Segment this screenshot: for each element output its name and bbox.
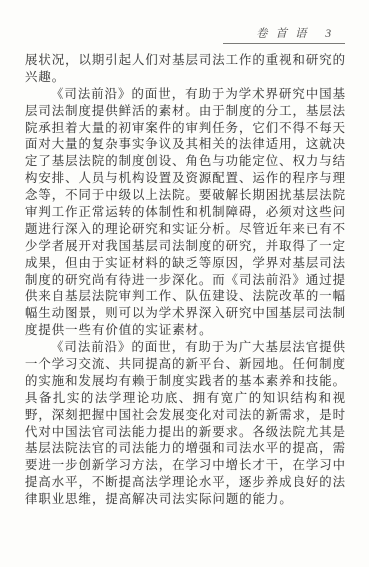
- text-line: 代对中国法官司法能力提出的新要求。各级法院尤其是: [25, 424, 345, 441]
- text-line: 度提供一些有价值的实证素材。: [25, 322, 345, 339]
- text-line: 提高水平，不断提高法学理论水平，逐步养成良好的法: [25, 474, 345, 491]
- text-line: 《司法前沿》的面世，有助于为学术界研究中国基: [25, 86, 345, 103]
- text-line: 少学者展开对我国基层司法制度的研究，并取得了一定: [25, 238, 345, 255]
- text-line: 要进一步创新学习方法，在学习中增长才干，在学习中: [25, 457, 345, 474]
- page-number: 3: [325, 28, 331, 40]
- text-line: 野，深刻把握中国社会发展变化对司法的新需求，是时: [25, 407, 345, 424]
- header-rule: [223, 43, 345, 44]
- text-line: 制度的研究尚有待进一步深化。而《司法前沿》通过提: [25, 272, 345, 289]
- text-line: 成果，但由于实证材料的缺乏等原因，学界对基层司法: [25, 255, 345, 272]
- text-line: 基层法院法官的司法能力的增强和司法水平的提高，需: [25, 440, 345, 457]
- text-line: 具备扎实的法学理论功底、拥有宽广的知识结构和视: [25, 390, 345, 407]
- text-line: 的实施和发展均有赖于制度实践者的基本素养和技能。: [25, 373, 345, 390]
- text-line: 层司法制度提供鲜活的素材。由于制度的分工，基层法: [25, 103, 345, 120]
- text-line: 兴趣。: [25, 69, 345, 86]
- text-line: 念等，不同于中级以上法院。要破解长期困扰基层法院: [25, 187, 345, 204]
- text-line: 供来自基层法院审判工作、队伍建设、法院改革的一幅: [25, 288, 345, 305]
- text-line: 面对大量的复杂事实争议及其相关的法律适用，这就决: [25, 136, 345, 153]
- text-line: 一个学习交流、共同提高的新平台、新园地。任何制度: [25, 356, 345, 373]
- text-line: 院承担着大量的初审案件的审判任务，它们不得不每天: [25, 120, 345, 137]
- text-line: 题进行深入的理论研究和实证分析。尽管近年来已有不: [25, 221, 345, 238]
- text-line: 定了基层法院的制度创设、角色与功能定位、权力与结: [25, 153, 345, 170]
- page-body-text: 展状况，以期引起人们对基层司法工作的重视和研究的兴趣。《司法前沿》的面世，有助于…: [25, 52, 345, 508]
- scanned-book-page: 卷首语 3 展状况，以期引起人们对基层司法工作的重视和研究的兴趣。《司法前沿》的…: [0, 0, 369, 567]
- text-line: 展状况，以期引起人们对基层司法工作的重视和研究的: [25, 52, 345, 69]
- text-line: 《司法前沿》的面世，有助于为广大基层法官提供: [25, 339, 345, 356]
- page-header: 卷首语 3: [256, 27, 331, 42]
- header-title: 卷首语: [256, 28, 315, 40]
- text-line: 律职业思维，提高解决司法实际问题的能力。: [25, 491, 345, 508]
- text-line: 幅生动图景，则可以为学术界深入研究中国基层司法制: [25, 305, 345, 322]
- text-line: 审判工作正常运转的体制性和机制障碍，必须对这些问: [25, 204, 345, 221]
- text-line: 构安排、人员与机构设置及资源配置、运作的程序与理: [25, 170, 345, 187]
